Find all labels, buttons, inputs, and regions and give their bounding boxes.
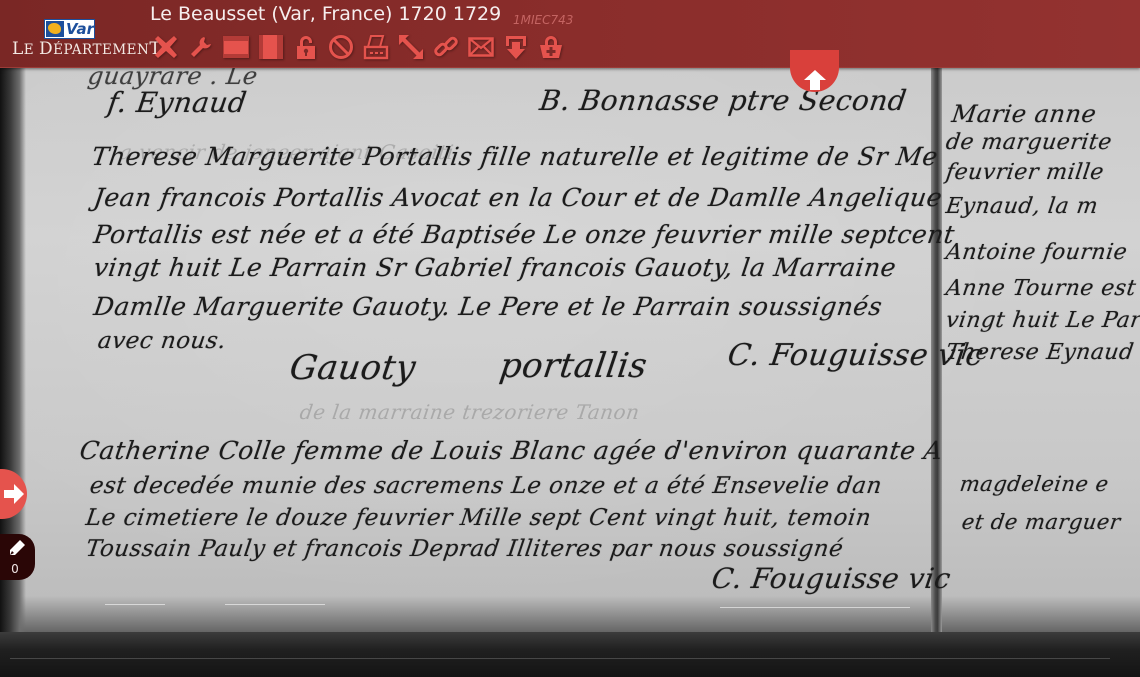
manuscript-line: Anne Tourne est bbox=[944, 276, 1137, 301]
manuscript-line: et de marguer bbox=[960, 510, 1122, 534]
manuscript-line: de marguerite bbox=[944, 130, 1113, 155]
manuscript-line: Eynaud, la m bbox=[944, 194, 1100, 219]
signature: portallis bbox=[497, 346, 650, 386]
scan-scratch bbox=[105, 604, 165, 605]
header-bar: Var LE DÉPARTEMENT Le Beausset (Var, Fra… bbox=[0, 0, 1140, 68]
signature: Gauoty bbox=[287, 348, 418, 388]
print-icon bbox=[363, 34, 389, 60]
close-button[interactable] bbox=[148, 32, 183, 62]
manuscript-line: Therese Marguerite Portallis fille natur… bbox=[90, 142, 940, 171]
viewer-toolbar bbox=[148, 32, 568, 62]
forbidden-button[interactable] bbox=[323, 32, 358, 62]
manuscript-line: feuvrier mille bbox=[944, 160, 1105, 185]
scan-scratch bbox=[720, 607, 910, 608]
double-page-view-button[interactable] bbox=[253, 32, 288, 62]
manuscript-line: avec nous. bbox=[96, 328, 228, 354]
manuscript-line: Damlle Marguerite Gauoty. Le Pere et le … bbox=[92, 292, 884, 321]
link-icon bbox=[433, 34, 459, 60]
signature: C. Fouguisse vic bbox=[710, 562, 953, 595]
no-entry-icon bbox=[328, 34, 354, 60]
manuscript-line: est decedée munie des sacremens Le onze … bbox=[88, 473, 884, 499]
document-title: Le Beausset (Var, France) 1720 1729 bbox=[150, 3, 501, 25]
page-bottom-edge bbox=[0, 632, 1140, 677]
fullscreen-button[interactable] bbox=[393, 32, 428, 62]
manuscript-line: Portallis est née et a été Baptisée Le o… bbox=[92, 220, 957, 249]
manuscript-line: magdeleine e bbox=[958, 472, 1110, 496]
scan-scratch bbox=[225, 604, 325, 605]
double-page-icon bbox=[258, 34, 284, 60]
manuscript-line: Therese Eynaud bbox=[944, 340, 1135, 365]
manuscript-line: vingt huit Le Parr bbox=[944, 308, 1140, 333]
permalink-button[interactable] bbox=[428, 32, 463, 62]
manuscript-line: Jean francois Portallis Avocat en la Cou… bbox=[92, 183, 944, 212]
manuscript-line: Catherine Colle femme de Louis Blanc agé… bbox=[78, 436, 945, 465]
arrow-right-icon bbox=[4, 484, 24, 504]
manuscript-line: Le cimetiere le douze feuvrier Mille sep… bbox=[84, 505, 873, 531]
annotation-count: 0 bbox=[0, 562, 30, 576]
manuscript-viewer[interactable]: a vencir de joneer ajant Gasoiti de la m… bbox=[0, 0, 1140, 677]
print-button[interactable] bbox=[358, 32, 393, 62]
basket-add-icon bbox=[538, 34, 564, 60]
var-badge-text: Var bbox=[66, 20, 94, 38]
envelope-icon bbox=[468, 36, 494, 58]
wrench-icon bbox=[188, 34, 214, 60]
email-button[interactable] bbox=[463, 32, 498, 62]
manuscript-line: f. Eynaud bbox=[106, 86, 249, 119]
close-icon bbox=[153, 34, 179, 60]
add-to-basket-button[interactable] bbox=[533, 32, 568, 62]
lock-icon bbox=[294, 34, 318, 60]
bleed-through-text: de la marraine trezoriere Tanon bbox=[298, 400, 641, 424]
departement-var-logo[interactable]: Var LE DÉPARTEMENT bbox=[12, 18, 128, 60]
var-map-icon bbox=[46, 21, 64, 37]
single-page-icon bbox=[223, 34, 249, 60]
manuscript-line: Toussain Pauly et francois Deprad Illite… bbox=[84, 536, 845, 562]
annotations-button[interactable]: 0 bbox=[0, 534, 35, 580]
manuscript-line: Antoine fournie bbox=[944, 240, 1129, 265]
document-reference: 1MIEC743 bbox=[513, 13, 573, 27]
lock-button[interactable] bbox=[288, 32, 323, 62]
logo-line: LE DÉPARTEMENT bbox=[12, 39, 130, 59]
settings-button[interactable] bbox=[183, 32, 218, 62]
pencil-icon bbox=[8, 539, 26, 557]
manuscript-line: vingt huit Le Parrain Sr Gabriel francoi… bbox=[92, 253, 898, 282]
single-page-view-button[interactable] bbox=[218, 32, 253, 62]
scan-scratch bbox=[10, 658, 1110, 659]
manuscript-line: Marie anne bbox=[950, 100, 1098, 128]
manuscript-line: B. Bonnasse ptre Second bbox=[538, 84, 909, 117]
expand-icon bbox=[398, 34, 424, 60]
arrow-up-icon bbox=[804, 70, 826, 90]
download-button[interactable] bbox=[498, 32, 533, 62]
download-icon bbox=[504, 34, 528, 60]
var-badge: Var bbox=[44, 19, 95, 39]
